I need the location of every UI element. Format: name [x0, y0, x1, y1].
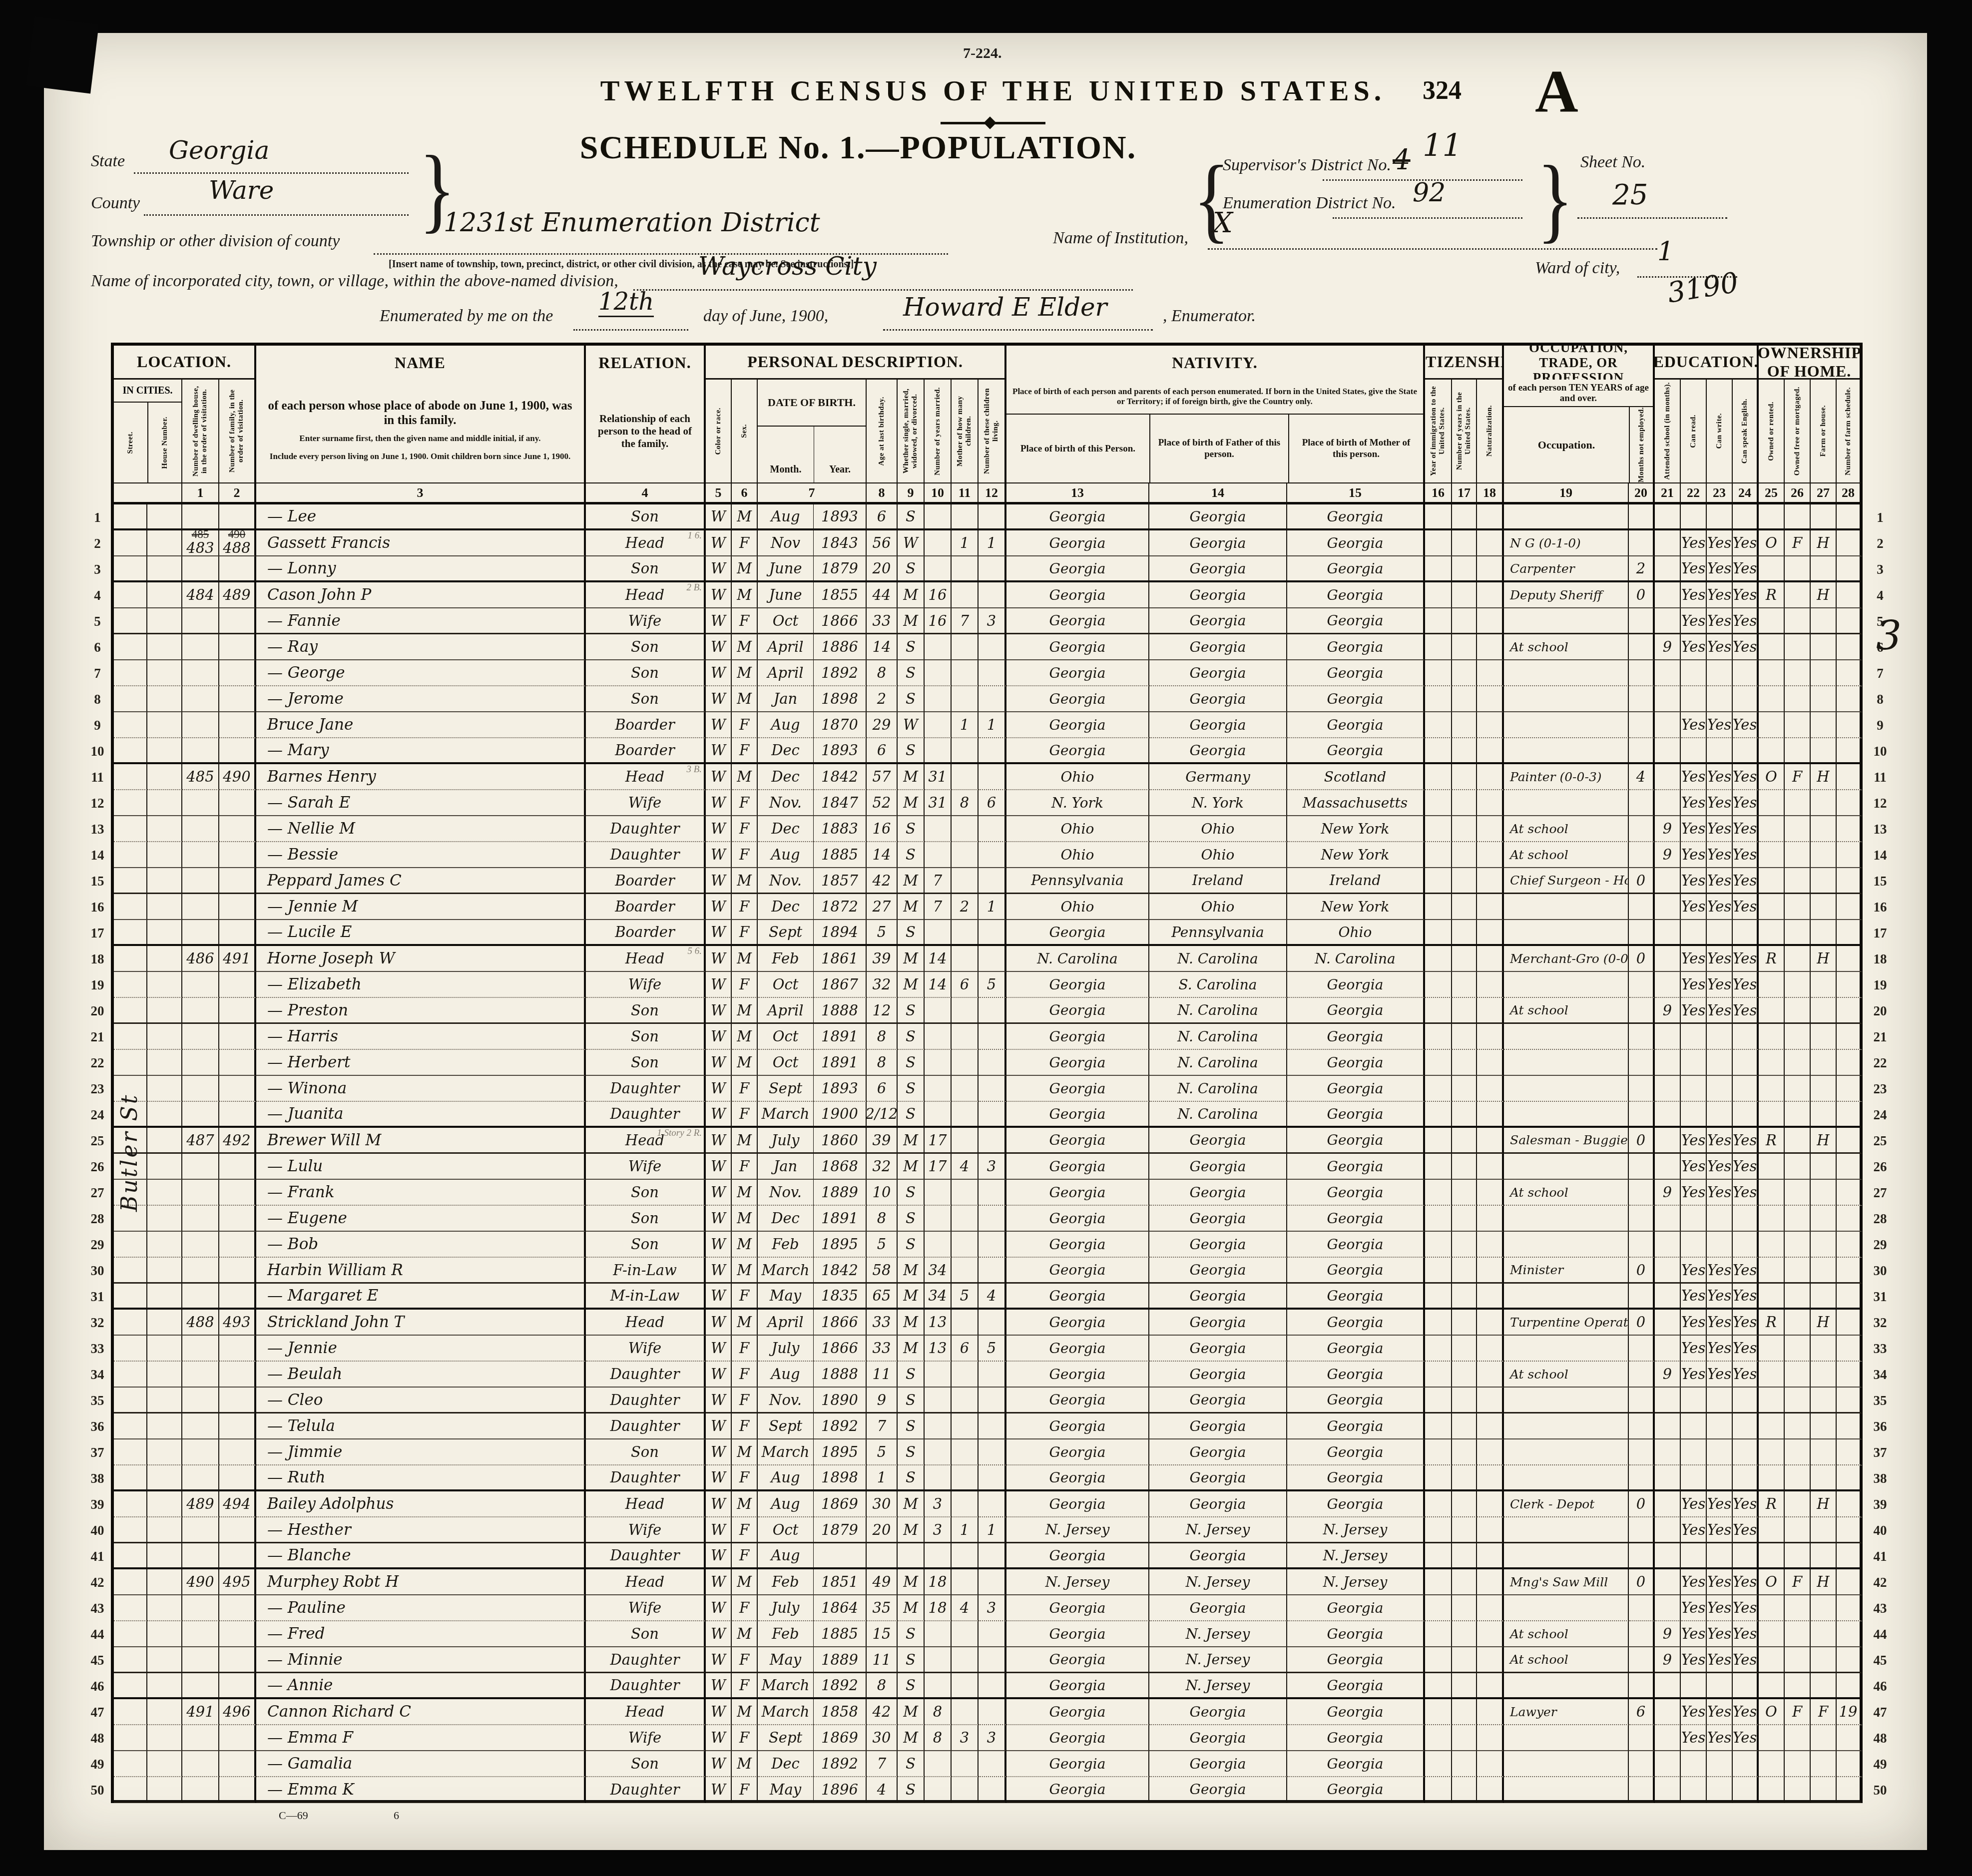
cell-sex: F [732, 1076, 758, 1102]
cell-p14: Georgia [1149, 1725, 1287, 1751]
entry-p15: Georgia [1327, 1392, 1384, 1408]
cell-dw [182, 1362, 219, 1388]
cell-name: — Bob [256, 1232, 586, 1258]
cell-c22: Yes [1681, 946, 1707, 972]
entry-rel: Daughter [610, 1080, 679, 1097]
cell-age: 33 [867, 1336, 898, 1362]
cell-rel: Wife [586, 1517, 706, 1543]
cell-dw [182, 1439, 219, 1465]
cell-color: W [706, 972, 732, 998]
cell-house [147, 556, 182, 582]
cell-c26 [1785, 842, 1811, 868]
cell-cl: 1 [979, 894, 1006, 920]
entry-fam: 492 [223, 1132, 250, 1149]
entry-mon: Sept [769, 1080, 802, 1097]
institution-line [1208, 248, 1657, 250]
cell-c17 [1452, 842, 1477, 868]
cell-p14: N. York [1149, 790, 1287, 816]
cell-fam: 489 [219, 582, 256, 608]
entry-p13: Georgia [1049, 1236, 1106, 1253]
cell-c17 [1452, 998, 1477, 1024]
cell-mc [952, 1413, 979, 1439]
entry-mar: S [906, 1210, 916, 1227]
cell-dw: 484 [182, 582, 219, 608]
cell-c18 [1477, 1336, 1504, 1362]
cell-street [114, 530, 147, 556]
cell-c23 [1707, 660, 1733, 686]
entry-c24: Yes [1733, 1703, 1757, 1720]
entry-mon: July [772, 1340, 800, 1357]
cell-house [147, 972, 182, 998]
entry-dw: 486 [186, 950, 214, 967]
cell-c28 [1837, 1206, 1863, 1232]
cell-ym: 34 [925, 1284, 952, 1310]
cell-c28 [1837, 946, 1863, 972]
cell-age: 30 [867, 1491, 898, 1517]
entry-mar: M [903, 586, 918, 603]
column-header-label: Farm or house. [1819, 405, 1828, 457]
entry-c22: Yes [1681, 638, 1706, 655]
cell-c17 [1452, 764, 1477, 790]
cell-house [147, 1310, 182, 1336]
cell-mar: M [898, 894, 925, 920]
cell-p14: Georgia [1149, 530, 1287, 556]
row-number-left: 46 [84, 1673, 114, 1699]
cell-p14: Pennsylvania [1149, 920, 1287, 946]
cell-p15: Georgia [1287, 1673, 1425, 1699]
cell-c20: 0 [1629, 1128, 1655, 1154]
name-column-header: of each person whose place of abode on J… [256, 380, 586, 482]
entry-sex: M [737, 1755, 752, 1772]
cell-p15: Georgia [1287, 1128, 1425, 1154]
entry-age: 7 [877, 1417, 886, 1434]
cell-rel: Son [586, 998, 706, 1024]
entry-p15: New York [1321, 821, 1389, 837]
cell-sex: F [732, 1777, 758, 1803]
cell-mar: S [898, 1180, 925, 1206]
district-brace-close: } [1537, 152, 1573, 247]
cell-p15: N. Carolina [1287, 946, 1425, 972]
cell-c20 [1629, 1102, 1655, 1128]
cell-c21 [1655, 972, 1681, 998]
entry-ym: 17 [929, 1132, 947, 1149]
entry-c27: H [1817, 1132, 1829, 1149]
entry-c24: Yes [1733, 1495, 1757, 1512]
cell-c20 [1629, 1336, 1655, 1362]
cell-occ [1504, 972, 1629, 998]
cell-c23 [1707, 1232, 1733, 1258]
cell-house [147, 764, 182, 790]
cell-c22 [1681, 1024, 1707, 1050]
row-number-right: 8 [1863, 686, 1898, 712]
entry-color: W [711, 1080, 726, 1097]
cell-c25 [1759, 634, 1785, 660]
cell-age: 10 [867, 1180, 898, 1206]
cell-c17 [1452, 1102, 1477, 1128]
cell-sex: F [732, 608, 758, 634]
entry-yr: 1894 [821, 924, 858, 940]
cell-c20: 0 [1629, 1258, 1655, 1284]
entry-name: — Jimmie [267, 1443, 342, 1461]
cell-c16 [1425, 1699, 1452, 1725]
cell-mc [952, 1439, 979, 1465]
cell-c17 [1452, 1543, 1477, 1569]
cell-sex: M [732, 868, 758, 894]
cell-sex: F [732, 1595, 758, 1621]
row-number-right: 29 [1863, 1232, 1898, 1258]
cell-mon: Sept [758, 1725, 814, 1751]
entry-p14: Georgia [1190, 1288, 1246, 1304]
cell-c20 [1629, 1751, 1655, 1777]
cell-c24: Yes [1733, 1491, 1759, 1517]
cell-c21 [1655, 1413, 1681, 1439]
row-number-left: 7 [84, 660, 114, 686]
cell-c18 [1477, 894, 1504, 920]
cell-cl [979, 1465, 1006, 1491]
entry-color: W [711, 1158, 726, 1175]
cell-p13: Georgia [1006, 1699, 1149, 1725]
entry-sex: F [739, 534, 749, 551]
entry-c22: Yes [1681, 1729, 1706, 1746]
cell-color: W [706, 1284, 732, 1310]
row-number-left: 28 [84, 1206, 114, 1232]
cell-c21: 9 [1655, 1647, 1681, 1673]
entry-p15: Georgia [1327, 1677, 1384, 1694]
cell-mon: Dec [758, 894, 814, 920]
entry-mar: S [906, 1625, 916, 1642]
cell-c17 [1452, 686, 1477, 712]
entry-c24: Yes [1733, 1184, 1757, 1201]
city-line [633, 289, 1133, 291]
cell-c24: Yes [1733, 1362, 1759, 1388]
cell-c17 [1452, 1439, 1477, 1465]
cell-dw: 487 [182, 1128, 219, 1154]
cell-rel: Boarder [586, 712, 706, 738]
cell-c17 [1452, 894, 1477, 920]
entry-age: 16 [873, 820, 891, 837]
cell-c21 [1655, 764, 1681, 790]
cell-name: — Fred [256, 1621, 586, 1647]
cell-fam: 496 [219, 1699, 256, 1725]
entry-age: 14 [873, 846, 891, 863]
entry-occ: Salesman - Buggies (0-0-5) [1510, 1133, 1629, 1147]
cell-c22: Yes [1681, 1362, 1707, 1388]
cell-mar: M [898, 1595, 925, 1621]
row-number-left: 18 [84, 946, 114, 972]
supervisor-value: 11 [1423, 127, 1462, 163]
row-number-left: 2 [84, 530, 114, 556]
cell-name: Peppard James C [256, 868, 586, 894]
cell-c25 [1759, 868, 1785, 894]
cell-color: W [706, 894, 732, 920]
cell-c20: 4 [1629, 764, 1655, 790]
cell-c28 [1837, 920, 1863, 946]
cell-age: 6 [867, 504, 898, 530]
entry-c28: 19 [1839, 1703, 1858, 1720]
cell-name: — Lucile E [256, 920, 586, 946]
cell-c26 [1785, 946, 1811, 972]
entry-p14: Georgia [1190, 1184, 1246, 1201]
cell-c20: 0 [1629, 868, 1655, 894]
entry-rel: Head [625, 534, 664, 551]
cell-fam [219, 1439, 256, 1465]
cell-c17 [1452, 1206, 1477, 1232]
entry-p13: Georgia [1049, 1340, 1106, 1357]
cell-occ [1504, 1751, 1629, 1777]
entry-p13: Georgia [1049, 1730, 1106, 1746]
cell-c27 [1811, 1517, 1837, 1543]
street-column-header: Street. [114, 403, 148, 482]
cell-c25 [1759, 1439, 1785, 1465]
cell-p15: Georgia [1287, 1439, 1425, 1465]
entry-mon: May [770, 1287, 801, 1304]
cell-rel: Daughter [586, 1388, 706, 1413]
cell-c28 [1837, 998, 1863, 1024]
cell-c21 [1655, 1465, 1681, 1491]
row-number-left: 32 [84, 1310, 114, 1336]
cell-c18 [1477, 1699, 1504, 1725]
cell-c23 [1707, 1413, 1733, 1439]
entry-p13: Georgia [1049, 742, 1106, 759]
entry-p15: Georgia [1327, 1314, 1384, 1331]
cell-c17 [1452, 1336, 1477, 1362]
cell-c17 [1452, 530, 1477, 556]
cell-c17 [1452, 790, 1477, 816]
cell-mar: M [898, 1154, 925, 1180]
years-in-us-header: Number of years in the United States. [1452, 380, 1477, 482]
entry-p15: Georgia [1327, 1132, 1384, 1148]
cell-cl [979, 1543, 1006, 1569]
cell-occ: Clerk - Depot [1504, 1491, 1629, 1517]
cell-rel: Head [586, 1569, 706, 1595]
entry-c23: Yes [1707, 820, 1732, 837]
cell-c24 [1733, 920, 1759, 946]
cell-c22: Yes [1681, 1725, 1707, 1751]
row-number-left: 24 [84, 1102, 114, 1128]
entry-c21: 9 [1663, 1651, 1672, 1668]
cell-c25 [1759, 1517, 1785, 1543]
cell-ym: 16 [925, 608, 952, 634]
entry-mc: 7 [960, 612, 969, 629]
entry-yr: 1861 [821, 950, 858, 967]
cell-c23 [1707, 504, 1733, 530]
cell-occ: Mng's Saw Mill [1504, 1569, 1629, 1595]
nativity-note: Place of birth of each person and parent… [1006, 380, 1423, 415]
entry-c23: Yes [1707, 1158, 1732, 1175]
cell-mar: S [898, 504, 925, 530]
cell-c26 [1785, 1128, 1811, 1154]
entry-p15: Georgia [1327, 717, 1384, 733]
census-scan: 7-224. TWELFTH CENSUS OF THE UNITED STAT… [0, 0, 1972, 1876]
cell-rel: Daughter [586, 816, 706, 842]
cell-c27 [1811, 1621, 1837, 1647]
cell-ym [925, 1465, 952, 1491]
entry-age: 58 [873, 1262, 891, 1279]
cell-p14: Georgia [1149, 634, 1287, 660]
cell-occ: N G (0-1-0) [1504, 530, 1629, 556]
cell-c22: Yes [1681, 842, 1707, 868]
entry-rel: Wife [628, 1158, 661, 1175]
entry-c23: Yes [1707, 1729, 1732, 1746]
entry-yr: 1892 [821, 1755, 858, 1772]
cell-color: W [706, 1621, 732, 1647]
entry-c23: Yes [1707, 898, 1732, 915]
cell-c26 [1785, 868, 1811, 894]
cell-mc [952, 1647, 979, 1673]
entry-c27: H [1817, 1495, 1829, 1512]
cell-mon: Dec [758, 738, 814, 764]
cell-c18 [1477, 1647, 1504, 1673]
cell-p15: N. Jersey [1287, 1543, 1425, 1569]
entry-age: 65 [873, 1287, 891, 1304]
entry-sex: F [739, 820, 749, 837]
cell-p13: Georgia [1006, 1413, 1149, 1439]
cell-c23: Yes [1707, 1128, 1733, 1154]
entry-p14: Germany [1185, 769, 1250, 785]
cell-yr: 1898 [814, 1465, 867, 1491]
entry-c20: 0 [1636, 1495, 1645, 1512]
cell-cl [979, 504, 1006, 530]
row-number-left: 15 [84, 868, 114, 894]
entry-p13: Georgia [1049, 508, 1106, 525]
cell-c17 [1452, 1777, 1477, 1803]
entry-p15: N. Jersey [1323, 1574, 1387, 1590]
cell-house [147, 998, 182, 1024]
cell-c27 [1811, 1543, 1837, 1569]
entry-yr: 1883 [821, 820, 858, 837]
entry-color: W [711, 1547, 726, 1564]
cell-c26 [1785, 1725, 1811, 1751]
entry-c25: O [1765, 768, 1777, 785]
row-number-left: 44 [84, 1621, 114, 1647]
column-header-label: Number of these children living. [983, 382, 1000, 480]
cell-p14: Georgia [1149, 1777, 1287, 1803]
entry-sex: F [739, 1599, 749, 1616]
sheet-line [1577, 217, 1727, 219]
cell-c20 [1629, 1725, 1655, 1751]
entry-color: W [711, 508, 726, 525]
entry-mar: S [906, 508, 916, 525]
cell-c22 [1681, 1102, 1707, 1128]
owned-free-mortgaged-header: Owned free or mortgaged. [1785, 380, 1811, 482]
entry-p13: Georgia [1049, 1677, 1106, 1694]
cell-mc [952, 998, 979, 1024]
cell-ym [925, 556, 952, 582]
cell-dw [182, 556, 219, 582]
cell-c20 [1629, 998, 1655, 1024]
entry-age: 32 [873, 976, 891, 993]
cell-age: 33 [867, 1310, 898, 1336]
cell-dw [182, 712, 219, 738]
cell-c16 [1425, 1232, 1452, 1258]
entry-mar: S [906, 1469, 916, 1486]
cell-mar: M [898, 582, 925, 608]
cell-dw [182, 790, 219, 816]
cell-mc [952, 556, 979, 582]
entry-rel: Son [631, 560, 659, 577]
row-number-right: 30 [1863, 1258, 1898, 1284]
cell-c16 [1425, 712, 1452, 738]
cell-yr: 1855 [814, 582, 867, 608]
cell-c27 [1811, 1388, 1837, 1413]
entry-name: — Beulah [267, 1365, 342, 1383]
cell-house [147, 712, 182, 738]
entry-ym: 13 [929, 1340, 947, 1357]
entry-c25: R [1766, 586, 1777, 603]
cell-sex: M [732, 946, 758, 972]
entry-sex: M [737, 586, 752, 603]
cell-mar: S [898, 1413, 925, 1439]
can-speak-english-header: Can speak English. [1733, 380, 1759, 482]
entry-p14: Georgia [1190, 1756, 1246, 1772]
cell-rel: Head [586, 1310, 706, 1336]
cell-c23: Yes [1707, 1310, 1733, 1336]
entry-c23: Yes [1707, 1132, 1732, 1149]
cell-c18 [1477, 1413, 1504, 1439]
cell-yr: 1851 [814, 1569, 867, 1595]
cell-fam [219, 1413, 256, 1439]
entry-occ: At school [1510, 1185, 1568, 1200]
cell-c16 [1425, 1777, 1452, 1803]
entry-p14: Georgia [1190, 1340, 1246, 1357]
row-number-right: 40 [1863, 1517, 1898, 1543]
cell-rel: Head [586, 1491, 706, 1517]
owned-rented-header: Owned or rented. [1759, 380, 1785, 482]
cell-age: 11 [867, 1647, 898, 1673]
entry-p15: Ireland [1330, 872, 1381, 889]
cell-c16 [1425, 998, 1452, 1024]
cell-c23: Yes [1707, 868, 1733, 894]
entry-p13: N. Jersey [1045, 1521, 1109, 1538]
cell-c24 [1733, 1673, 1759, 1699]
entry-p14: Georgia [1190, 1496, 1246, 1512]
row-number-right: 16 [1863, 894, 1898, 920]
cell-street [114, 1595, 147, 1621]
entry-mc: 6 [960, 1340, 969, 1357]
entry-p14: Georgia [1190, 1444, 1246, 1460]
cell-c16 [1425, 1102, 1452, 1128]
cell-fam [219, 712, 256, 738]
entry-age: 35 [873, 1599, 891, 1616]
cell-name: — Jennie [256, 1336, 586, 1362]
cell-ym: 14 [925, 946, 952, 972]
entry-color: W [711, 1573, 726, 1590]
entry-p15: Georgia [1327, 976, 1384, 993]
cell-c25 [1759, 920, 1785, 946]
cell-c20 [1629, 1024, 1655, 1050]
cell-c16 [1425, 842, 1452, 868]
entry-age: 57 [873, 768, 891, 785]
entry-c20: 0 [1636, 950, 1645, 967]
cell-p15: Georgia [1287, 1154, 1425, 1180]
entry-c23: Yes [1707, 1625, 1732, 1642]
cell-cl [979, 998, 1006, 1024]
cell-cl: 3 [979, 1154, 1006, 1180]
cell-ym [925, 1777, 952, 1803]
cell-name: — Cleo [256, 1388, 586, 1413]
cell-occ [1504, 1517, 1629, 1543]
entry-mon: Dec [771, 1210, 800, 1227]
cell-fam [219, 816, 256, 842]
cell-c24: Yes [1733, 868, 1759, 894]
cell-c16 [1425, 1517, 1452, 1543]
cell-mar: M [898, 1569, 925, 1595]
entry-sex: F [739, 924, 749, 940]
cell-mon: July [758, 1128, 814, 1154]
cell-c23: Yes [1707, 842, 1733, 868]
entry-p14: Georgia [1190, 612, 1246, 629]
row-number-right: 43 [1863, 1595, 1898, 1621]
